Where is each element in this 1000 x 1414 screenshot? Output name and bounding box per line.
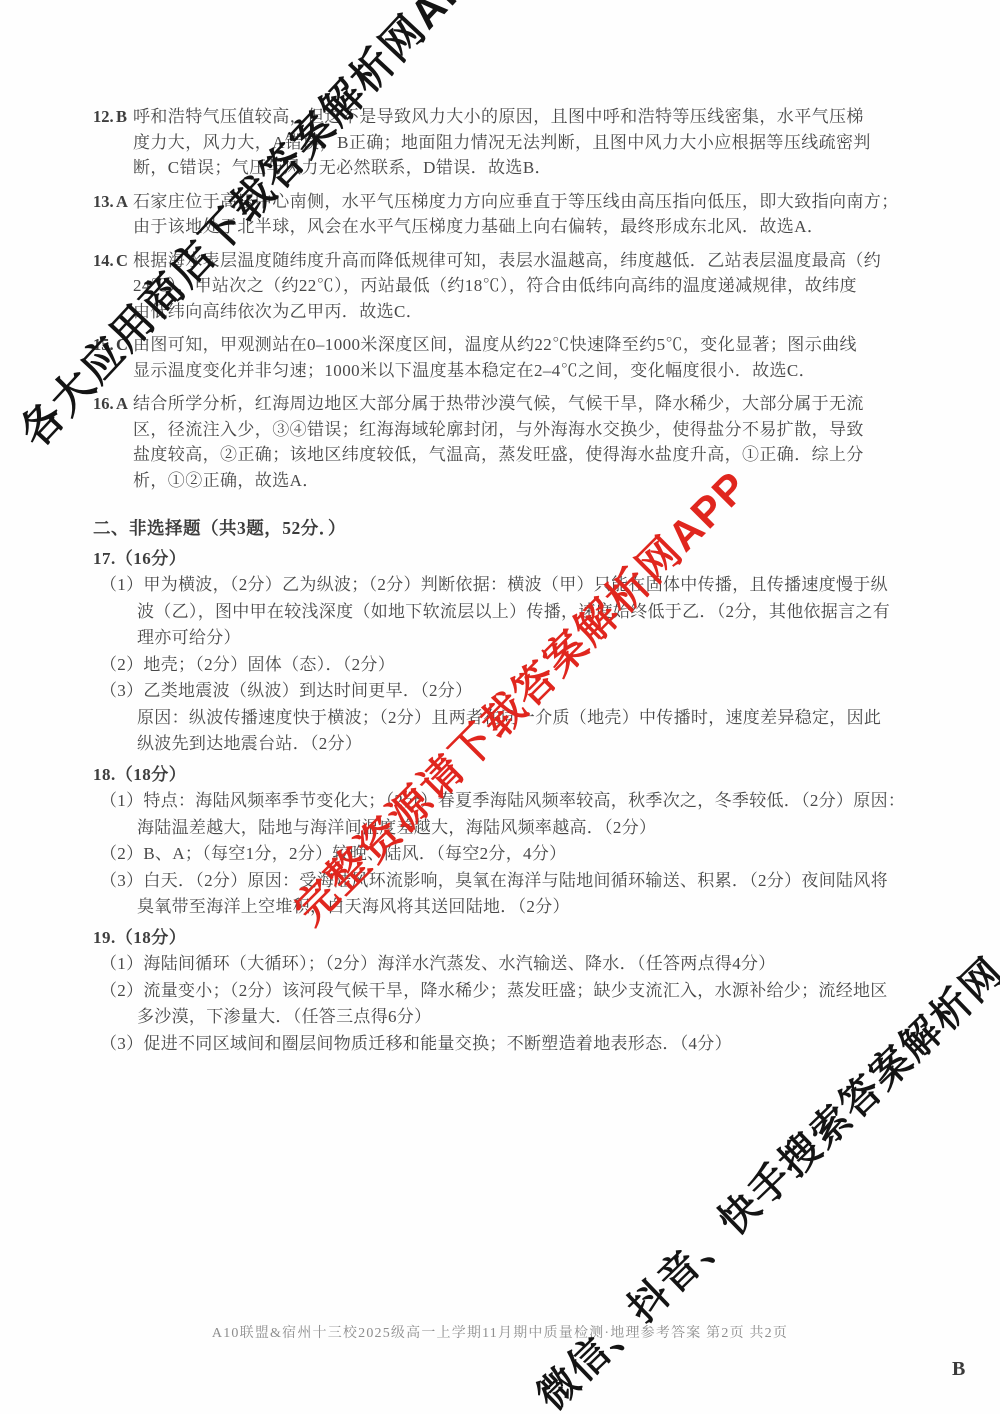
section2-questions: 17.（16分）（1）甲为横波，（2分）乙为纵波；（2分）判断依据：横波（甲）只… (93, 546, 908, 1058)
choice-items: 12.B呼和浩特气压值较高，但这不是导致风力大小的原因，且图中呼和浩特等压线密集… (93, 104, 908, 493)
choice-line: 析，①②正确，故选A． (133, 468, 908, 494)
answer-line: （1）甲为横波，（2分）乙为纵波；（2分）判断依据：横波（甲）只能在固体中传播，… (93, 572, 908, 599)
choice-line: 度力大，风力大，A错误，B正确；地面阻力情况无法判断，且图中风力大小应根据等压线… (133, 130, 908, 156)
answer-line: （2）流量变小；（2分）该河段气候干旱，降水稀少；蒸发旺盛；缺少支流汇入，水源补… (93, 978, 908, 1005)
choice-line: 结合所学分析，红海周边地区大部分属于热带沙漠气候，气候干旱，降水稀少，大部分属于… (133, 391, 908, 417)
question-head: 18.（18分） (93, 762, 908, 789)
answer-part: （1）甲为横波，（2分）乙为纵波；（2分）判断依据：横波（甲）只能在固体中传播，… (93, 572, 908, 652)
answer-part: （1）特点：海陆风频率季节变化大；（2分）春夏季海陆风频率较高，秋季次之，冬季较… (93, 788, 908, 841)
answer-line: 臭氧带至海洋上空堆积，白天海风将其送回陆地．（2分） (93, 894, 908, 921)
answer-part: （2）B、A；（每空1分，2分）较晚、陆风．（每空2分，4分） (93, 841, 908, 868)
choice-item: 16.A结合所学分析，红海周边地区大部分属于热带沙漠气候，气候干旱，降水稀少，大… (93, 391, 908, 493)
choice-line: 由图可知，甲观测站在0–1000米深度区间，温度从约22℃快速降至约5℃，变化显… (133, 332, 908, 358)
choice-line: 显示温度变化并非匀速；1000米以下温度基本稳定在2–4℃之间，变化幅度很小．故… (133, 358, 908, 384)
choice-item: 12.B呼和浩特气压值较高，但这不是导致风力大小的原因，且图中呼和浩特等压线密集… (93, 104, 908, 181)
answer-line: （3）促进不同区域间和圈层间物质迁移和能量交换；不断塑造着地表形态．（4分） (93, 1031, 908, 1058)
subjective-question: 18.（18分）（1）特点：海陆风频率季节变化大；（2分）春夏季海陆风频率较高，… (93, 762, 908, 921)
choice-line: 由低纬向高纬依次为乙甲丙．故选C． (133, 299, 908, 325)
answer-line: （3）白天．（2分）原因：受海陆风环流影响，臭氧在海洋与陆地间循环输送、积累．（… (93, 868, 908, 895)
question-head: 17.（16分） (93, 546, 908, 573)
choice-number: 13. (93, 189, 116, 240)
answer-line: 海陆温差越大，陆地与海洋间温度差越大，海陆风频率越高．（2分） (93, 815, 908, 842)
answer-line: （1）特点：海陆风频率季节变化大；（2分）春夏季海陆风频率较高，秋季次之，冬季较… (93, 788, 908, 815)
choice-line: 区，径流注入少，③④错误；红海海域轮廓封闭，与外海海水交换少，使得盐分不易扩散，… (133, 417, 908, 443)
choice-line: 24℃），甲站次之（约22℃），丙站最低（约18℃），符合由低纬向高纬的温度递减… (133, 273, 908, 299)
page-footer: A10联盟&宿州十三校2025级高一上学期11月期中质量检测·地理参考答案 第2… (0, 1322, 1000, 1342)
question-head: 19.（18分） (93, 925, 908, 952)
choice-gutter: 12.B (93, 104, 133, 181)
choice-item: 15.C由图可知，甲观测站在0–1000米深度区间，温度从约22℃快速降至约5℃… (93, 332, 908, 383)
answer-part: （2）流量变小；（2分）该河段气候干旱，降水稀少；蒸发旺盛；缺少支流汇入，水源补… (93, 978, 908, 1031)
choice-explanation: 结合所学分析，红海周边地区大部分属于热带沙漠气候，气候干旱，降水稀少，大部分属于… (133, 391, 908, 493)
choice-explanation: 由图可知，甲观测站在0–1000米深度区间，温度从约22℃快速降至约5℃，变化显… (133, 332, 908, 383)
section2-title: 二、非选择题（共3题，52分．） (93, 515, 908, 542)
choice-explanation: 根据海水表层温度随纬度升高而降低规律可知，表层水温越高，纬度越低．乙站表层温度最… (133, 248, 908, 325)
answer-line: 波（乙），图中甲在较浅深度（如地下软流层以上）传播，速度始终低于乙．（2分，其他… (93, 599, 908, 626)
page-version-letter: B (952, 1358, 965, 1381)
answer-part: （1）海陆间循环（大循环）；（2分）海洋水汽蒸发、水汽输送、降水．（任答两点得4… (93, 951, 908, 978)
answer-line: 多沙漠，下渗量大．（任答三点得6分） (93, 1004, 908, 1031)
choice-line: 根据海水表层温度随纬度升高而降低规律可知，表层水温越高，纬度越低．乙站表层温度最… (133, 248, 908, 274)
choice-answer: B (116, 104, 133, 181)
answer-part: （3）促进不同区域间和圈层间物质迁移和能量交换；不断塑造着地表形态．（4分） (93, 1031, 908, 1058)
answer-line: （1）海陆间循环（大循环）；（2分）海洋水汽蒸发、水汽输送、降水．（任答两点得4… (93, 951, 908, 978)
choice-gutter: 16.A (93, 391, 133, 493)
choice-answer: A (116, 189, 133, 240)
answer-line: 理亦可给分） (93, 625, 908, 652)
subjective-question: 19.（18分）（1）海陆间循环（大循环）；（2分）海洋水汽蒸发、水汽输送、降水… (93, 925, 908, 1058)
choice-answer: A (116, 391, 133, 493)
choice-line: 盐度较高，②正确；该地区纬度较低，气温高，蒸发旺盛，使得海水盐度升高，①正确．综… (133, 442, 908, 468)
choice-line: 呼和浩特气压值较高，但这不是导致风力大小的原因，且图中呼和浩特等压线密集，水平气… (133, 104, 908, 130)
answer-part: （3）白天．（2分）原因：受海陆风环流影响，臭氧在海洋与陆地间循环输送、积累．（… (93, 868, 908, 921)
choice-number: 12. (93, 104, 116, 181)
choice-gutter: 13.A (93, 189, 133, 240)
answer-line: （2）B、A；（每空1分，2分）较晚、陆风．（每空2分，4分） (93, 841, 908, 868)
answer-sheet-page: 12.B呼和浩特气压值较高，但这不是导致风力大小的原因，且图中呼和浩特等压线密集… (0, 0, 1000, 1414)
